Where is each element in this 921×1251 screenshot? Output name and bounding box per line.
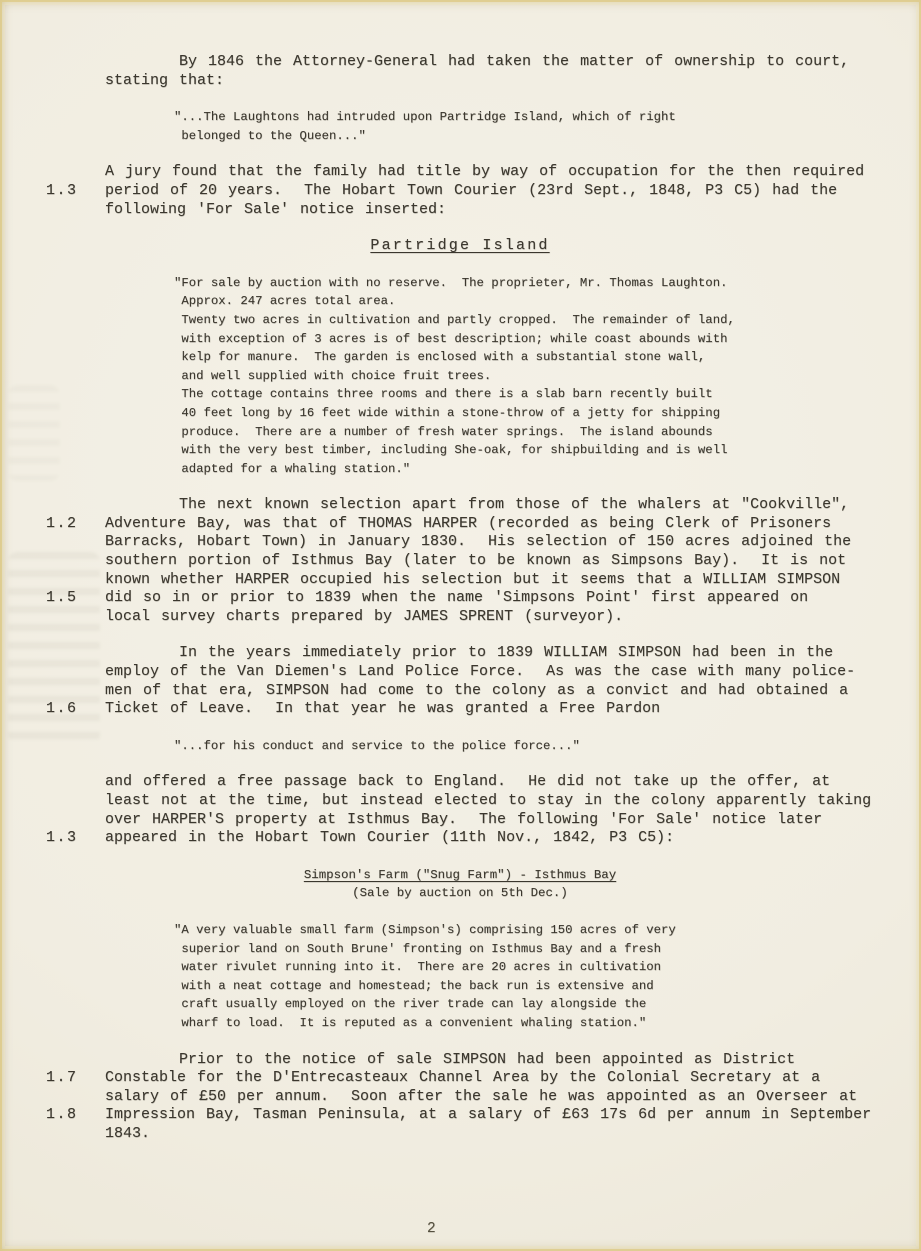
quoted-notice: "A very valuable small farm (Simpson's) … <box>105 921 905 1033</box>
text-run: Prior to the notice of sale SIMPSON had … <box>105 1051 795 1068</box>
text-run: "...for his conduct and service to the p… <box>174 739 580 753</box>
text-run: "For sale by auction with no reserve. Th… <box>174 276 727 290</box>
text-line: wharf to load. It is reputed as a conven… <box>174 1014 905 1033</box>
text-line: 1.3appeared in the Hobart Town Courier (… <box>105 829 905 848</box>
section-heading: Simpson's Farm ("Snug Farm") - Isthmus B… <box>105 866 815 885</box>
text-run: produce. There are a number of fresh wat… <box>174 425 713 439</box>
text-line: southern portion of Isthmus Bay (later t… <box>105 552 905 571</box>
text-line: over HARPER'S property at Isthmus Bay. T… <box>105 811 905 830</box>
text-run: 40 feet long by 16 feet wide within a st… <box>174 406 720 420</box>
bleed-through-ghost <box>8 385 60 481</box>
text-run: known whether HARPER occupied his select… <box>105 571 840 588</box>
text-run: In the years immediately prior to 1839 W… <box>105 644 833 661</box>
section-subheading: (Sale by auction on 5th Dec.) <box>105 884 815 903</box>
text-run: local survey charts prepared by JAMES SP… <box>105 608 623 625</box>
text-line: "A very valuable small farm (Simpson's) … <box>174 921 905 940</box>
text-line: with the very best timber, including She… <box>174 441 905 460</box>
text-run: stating that: <box>105 72 224 89</box>
text-line: belonged to the Queen..." <box>174 127 905 146</box>
text-run: Constable for the D'Entrecasteaux Channe… <box>105 1069 820 1086</box>
text-line: 40 feet long by 16 feet wide within a st… <box>174 404 905 423</box>
text-line: 1.3period of 20 years. The Hobart Town C… <box>105 182 905 201</box>
text-line: local survey charts prepared by JAMES SP… <box>105 608 905 627</box>
text-line: least not at the time, but instead elect… <box>105 792 905 811</box>
text-run: Adventure Bay, was that of THOMAS HARPER… <box>105 515 831 532</box>
text-run: Twenty two acres in cultivation and part… <box>174 313 735 327</box>
text-line: salary of £50 per annum. Soon after the … <box>105 1088 905 1107</box>
text-line: Prior to the notice of sale SIMPSON had … <box>105 1051 905 1070</box>
margin-reference-label: 1.7 <box>46 1069 78 1088</box>
scanned-page: By 1846 the Attorney-General had taken t… <box>0 0 921 1251</box>
text-line: known whether HARPER occupied his select… <box>105 571 905 590</box>
text-line: kelp for manure. The garden is enclosed … <box>174 348 905 367</box>
paragraph: A jury found that the family had title b… <box>105 163 905 219</box>
text-line: superior land on South Brune' fronting o… <box>174 940 905 959</box>
text-run: wharf to load. It is reputed as a conven… <box>174 1016 646 1030</box>
text-line: employ of the Van Diemen's Land Police F… <box>105 663 905 682</box>
text-run: The next known selection apart from thos… <box>105 496 849 513</box>
text-run: craft usually employed on the river trad… <box>174 997 646 1011</box>
text-line: The cottage contains three rooms and the… <box>174 385 905 404</box>
text-run: did so in or prior to 1839 when the name… <box>105 589 808 606</box>
text-line: stating that: <box>105 72 905 91</box>
text-line: 1.2Adventure Bay, was that of THOMAS HAR… <box>105 515 905 534</box>
text-run: men of that era, SIMPSON had come to the… <box>105 682 848 699</box>
text-run: employ of the Van Diemen's Land Police F… <box>105 663 855 680</box>
text-line: and offered a free passage back to Engla… <box>105 773 905 792</box>
text-line: Approx. 247 acres total area. <box>174 292 905 311</box>
text-run: "...The Laughtons had intruded upon Part… <box>174 110 676 124</box>
text-line: and well supplied with choice fruit tree… <box>174 367 905 386</box>
quoted-notice: "...for his conduct and service to the p… <box>105 737 905 756</box>
text-line: men of that era, SIMPSON had come to the… <box>105 682 905 701</box>
text-run: adapted for a whaling station." <box>174 462 410 476</box>
margin-reference-label: 1.5 <box>46 589 78 608</box>
text-run: Impression Bay, Tasman Peninsula, at a s… <box>105 1106 871 1123</box>
text-line: Partridge Island <box>105 237 815 256</box>
text-line: In the years immediately prior to 1839 W… <box>105 644 905 663</box>
paragraph: and offered a free passage back to Engla… <box>105 773 905 847</box>
page-number: 2 <box>427 1221 436 1237</box>
paragraph: In the years immediately prior to 1839 W… <box>105 644 905 718</box>
text-line: "For sale by auction with no reserve. Th… <box>174 274 905 293</box>
text-run: Ticket of Leave. In that year he was gra… <box>105 700 660 717</box>
text-run: superior land on South Brune' fronting o… <box>174 942 661 956</box>
text-line: 1.6Ticket of Leave. In that year he was … <box>105 700 905 719</box>
text-line: Barracks, Hobart Town) in January 1830. … <box>105 533 905 552</box>
paragraph: The next known selection apart from thos… <box>105 496 905 626</box>
margin-reference-label: 1.3 <box>46 182 78 201</box>
text-line: craft usually employed on the river trad… <box>174 995 905 1014</box>
text-line: with a neat cottage and homestead; the b… <box>174 977 905 996</box>
text-run: salary of £50 per annum. Soon after the … <box>105 1088 857 1105</box>
text-line: 1.5did so in or prior to 1839 when the n… <box>105 589 905 608</box>
text-run: kelp for manure. The garden is enclosed … <box>174 350 705 364</box>
margin-reference-label: 1.3 <box>46 829 78 848</box>
text-run: and offered a free passage back to Engla… <box>105 773 830 790</box>
text-run: period of 20 years. The Hobart Town Cour… <box>105 182 837 199</box>
text-line: adapted for a whaling station." <box>174 460 905 479</box>
margin-reference-label: 1.6 <box>46 700 78 719</box>
text-run: with the very best timber, including She… <box>174 443 727 457</box>
text-line: water rivulet running into it. There are… <box>174 958 905 977</box>
text-run: southern portion of Isthmus Bay (later t… <box>105 552 846 569</box>
text-run: By 1846 the Attorney-General had taken t… <box>105 53 849 70</box>
text-run: "A very valuable small farm (Simpson's) … <box>174 923 676 937</box>
text-line: "...The Laughtons had intruded upon Part… <box>174 108 905 127</box>
text-run: 1843. <box>105 1125 150 1142</box>
text-column: By 1846 the Attorney-General had taken t… <box>105 53 905 1144</box>
text-run: Barracks, Hobart Town) in January 1830. … <box>105 533 851 550</box>
text-line: following 'For Sale' notice inserted: <box>105 201 905 220</box>
text-run: water rivulet running into it. There are… <box>174 960 661 974</box>
text-line: Simpson's Farm ("Snug Farm") - Isthmus B… <box>105 866 815 885</box>
text-run: A jury found that the family had title b… <box>105 163 864 180</box>
quoted-notice: "For sale by auction with no reserve. Th… <box>105 274 905 479</box>
text-run: with exception of 3 acres is of best des… <box>174 332 727 346</box>
margin-reference-label: 1.8 <box>46 1106 78 1125</box>
text-run: appeared in the Hobart Town Courier (11t… <box>105 829 674 846</box>
paragraph: Prior to the notice of sale SIMPSON had … <box>105 1051 905 1144</box>
text-run: Approx. 247 acres total area. <box>174 294 395 308</box>
text-line: Twenty two acres in cultivation and part… <box>174 311 905 330</box>
text-run: (Sale by auction on 5th Dec.) <box>352 886 568 900</box>
text-run: following 'For Sale' notice inserted: <box>105 201 446 218</box>
text-line: 1.8Impression Bay, Tasman Peninsula, at … <box>105 1106 905 1125</box>
text-line: produce. There are a number of fresh wat… <box>174 423 905 442</box>
text-run: least not at the time, but instead elect… <box>105 792 871 809</box>
text-line: with exception of 3 acres is of best des… <box>174 330 905 349</box>
text-run: The cottage contains three rooms and the… <box>174 387 713 401</box>
text-line: By 1846 the Attorney-General had taken t… <box>105 53 905 72</box>
text-run: Partridge Island <box>370 237 549 254</box>
text-line: 1843. <box>105 1125 905 1144</box>
text-line: "...for his conduct and service to the p… <box>174 737 905 756</box>
paragraph: By 1846 the Attorney-General had taken t… <box>105 53 905 90</box>
text-line: The next known selection apart from thos… <box>105 496 905 515</box>
section-heading: Partridge Island <box>105 237 815 256</box>
text-run: over HARPER'S property at Isthmus Bay. T… <box>105 811 822 828</box>
text-run: Simpson's Farm ("Snug Farm") - Isthmus B… <box>304 868 616 882</box>
text-line: 1.7Constable for the D'Entrecasteaux Cha… <box>105 1069 905 1088</box>
text-run: belonged to the Queen..." <box>174 129 366 143</box>
margin-reference-label: 1.2 <box>46 515 78 534</box>
text-run: and well supplied with choice fruit tree… <box>174 369 491 383</box>
text-line: (Sale by auction on 5th Dec.) <box>105 884 815 903</box>
quoted-notice: "...The Laughtons had intruded upon Part… <box>105 108 905 145</box>
text-line: A jury found that the family had title b… <box>105 163 905 182</box>
text-run: with a neat cottage and homestead; the b… <box>174 979 654 993</box>
